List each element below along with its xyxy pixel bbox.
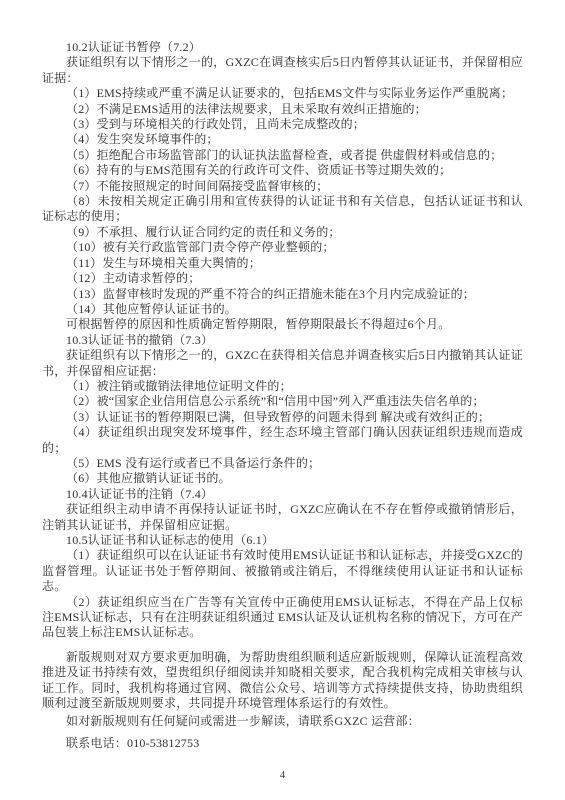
list-item: （2）被“国家企业信用信息公示系统”和“信用中国”列入严重违法失信名单的；: [42, 394, 523, 409]
page-number: 4: [0, 769, 565, 781]
list-item: （5）EMS 没有运行或者已不具备运行条件的；: [42, 456, 523, 471]
list-item: （14）其他应暂停认证证书的。: [42, 302, 523, 317]
contact-prompt: 如对新版规则有任何疑问或需进一步解读，请联系GXZC 运营部：: [42, 714, 523, 729]
list-item: （4）发生突发环境事件的；: [42, 132, 523, 147]
section-heading-certificate-revocation: 10.3认证证书的撤销（7.3）: [42, 333, 523, 348]
list-item: （2）不满足EMS适用的法律法规要求，且未采取有效纠正措施的；: [42, 102, 523, 117]
list-item: （3）受到与环境相关的行政处罚，且尚未完成整改的；: [42, 117, 523, 132]
list-item: （1）被注销或撤销法律地位证明文件的；: [42, 379, 523, 394]
section-intro: 获证组织有以下情形之一的，GXZC在获得相关信息并调查核实后5日内撤销其认证证书…: [42, 348, 523, 379]
list-item: （2）获证组织应当在广告等有关宣传中正确使用EMS认证标志，不得在产品上仅标注E…: [42, 595, 523, 641]
list-item: （9）不承担、履行认证合同约定的责任和义务的；: [42, 225, 523, 240]
section-note: 可根据暂停的原因和性质确定暂停期限，暂停期限最长不得超过6个月。: [42, 317, 523, 332]
list-item: （1）获证组织可以在认证证书有效时使用EMS认证证书和认证标志，并接受GXZC的…: [42, 548, 523, 594]
section-heading-certificate-mark-usage: 10.5认证证书和认证标志的使用（6.1）: [42, 533, 523, 548]
list-item: （5）拒绝配合市场监管部门的认证执法监督检查，或者提 供虚假材料或信息的；: [42, 148, 523, 163]
list-item: （8）未按相关规定正确引用和宣传获得的认证证书和有关信息，包括认证证书和认证标志…: [42, 194, 523, 225]
list-item: （11）发生与环境相关重大舆情的；: [42, 256, 523, 271]
section-heading-certificate-cancellation: 10.4认证证书的注销（7.4）: [42, 487, 523, 502]
closing-paragraph: 新版规则对双方要求更加明确，为帮助贵组织顺利适应新版规则，保障认证流程高效推进及…: [42, 650, 523, 712]
list-item: （6）持有的与EMS范围有关的行政许可文件、资质证书等过期失效的；: [42, 163, 523, 178]
document-page: 10.2认证证书暂停（7.2） 获证组织有以下情形之一的，GXZC在调查核实后5…: [0, 0, 565, 800]
section-body: 获证组织主动申请不再保持认证证书时，GXZC应确认在不存在暂停或撤销情形后，注销…: [42, 502, 523, 533]
section-heading-certificate-suspension: 10.2认证证书暂停（7.2）: [42, 40, 523, 55]
list-item: （6）其他应撤销认证证书的。: [42, 471, 523, 486]
list-item: （10）被有关行政监管部门责令停产停业整顿的；: [42, 240, 523, 255]
section-intro: 获证组织有以下情形之一的，GXZC在调查核实后5日内暂停其认证证书，并保留相应证…: [42, 55, 523, 86]
list-item: （7）不能按照规定的时间间隔接受监督审核的；: [42, 179, 523, 194]
list-item: （13）监督审核时发现的严重不符合的纠正措施未能在3个月内完成验证的；: [42, 287, 523, 302]
list-item: （3）认证证书的暂停期限已满，但导致暂停的问题未得到 解决或有效纠正的；: [42, 410, 523, 425]
contact-phone: 联系电话：010-53812753: [42, 736, 523, 751]
list-item: （12）主动请求暂停的；: [42, 271, 523, 286]
list-item: （1）EMS持续或严重不满足认证要求的，包括EMS文件与实际业务运作严重脱离；: [42, 86, 523, 101]
list-item: （4）获证组织出现突发环境事件，经生态环境主管部门确认因获证组织违规而造成的；: [42, 425, 523, 456]
